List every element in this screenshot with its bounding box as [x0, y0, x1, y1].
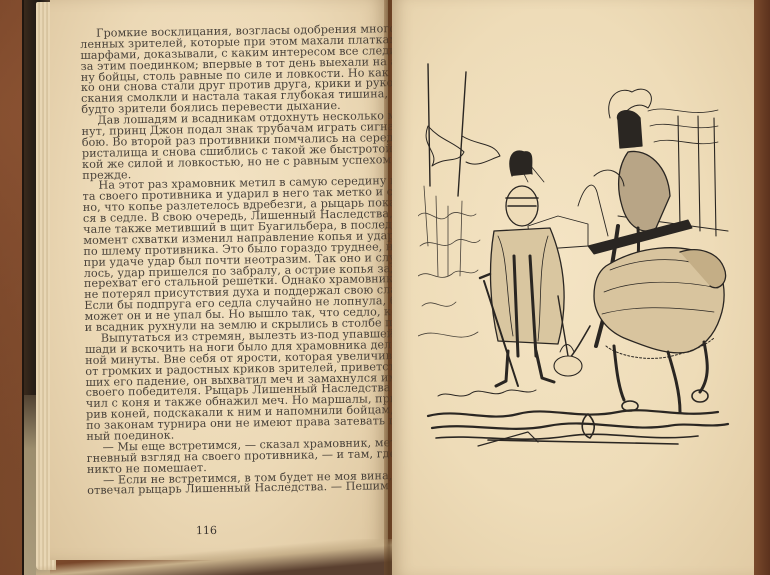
fallen-horse [568, 248, 726, 412]
knight-duel-illustration [418, 56, 748, 456]
banner-poles-icon [426, 64, 500, 196]
right-cover-edge [754, 0, 770, 575]
helmet-on-ground [554, 345, 582, 377]
broken-lance [478, 414, 678, 446]
crowd-sketch [418, 186, 480, 337]
page-number: 116 [196, 524, 217, 537]
standing-knight [480, 151, 568, 386]
page-fold-shadow [36, 539, 396, 575]
ground-hatching [428, 390, 728, 439]
left-page-text: Громкие восклицания, возгласы одобрения … [80, 24, 385, 497]
